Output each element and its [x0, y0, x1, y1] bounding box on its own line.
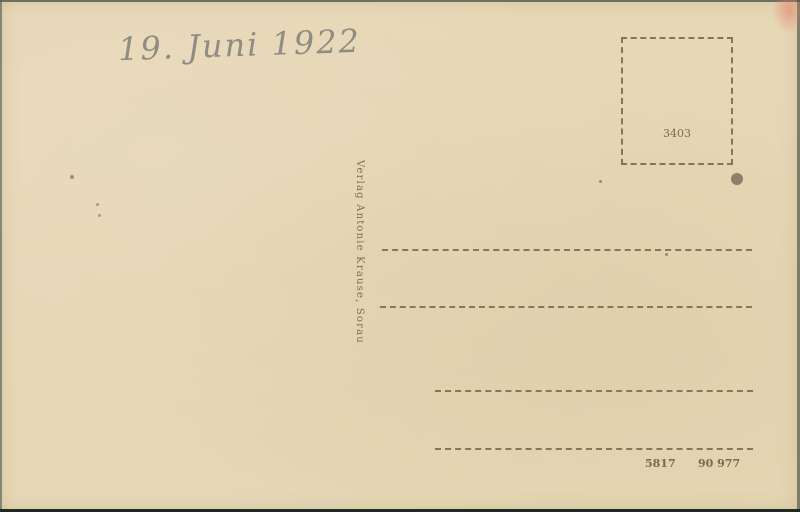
- red-stain: [772, 0, 800, 34]
- address-line-4: [435, 448, 753, 450]
- publisher-imprint: Verlag Antonie Krause, Sorau: [354, 160, 365, 344]
- foxing-spot: [96, 203, 99, 206]
- foxing-spot: [70, 175, 74, 179]
- foxing-spot: [98, 214, 101, 217]
- stamp-placeholder-box: 3403: [621, 37, 733, 165]
- print-code-left: 5817: [645, 457, 676, 470]
- print-code-right: 90 977: [698, 457, 740, 470]
- foxing-spot: [665, 253, 668, 256]
- foxing-spot: [599, 180, 602, 183]
- address-line-2: [380, 306, 752, 308]
- card-edge-top: [0, 0, 800, 2]
- address-line-3: [435, 390, 753, 392]
- handwritten-date: 19. Juni 1922: [117, 22, 361, 68]
- stamp-box-number: 3403: [623, 127, 731, 140]
- foxing-spot: [731, 173, 743, 185]
- address-line-1: [382, 249, 752, 251]
- card-edge-left: [0, 0, 2, 512]
- postcard-back: 19. Juni 1922 3403 Verlag Antonie Krause…: [0, 0, 800, 512]
